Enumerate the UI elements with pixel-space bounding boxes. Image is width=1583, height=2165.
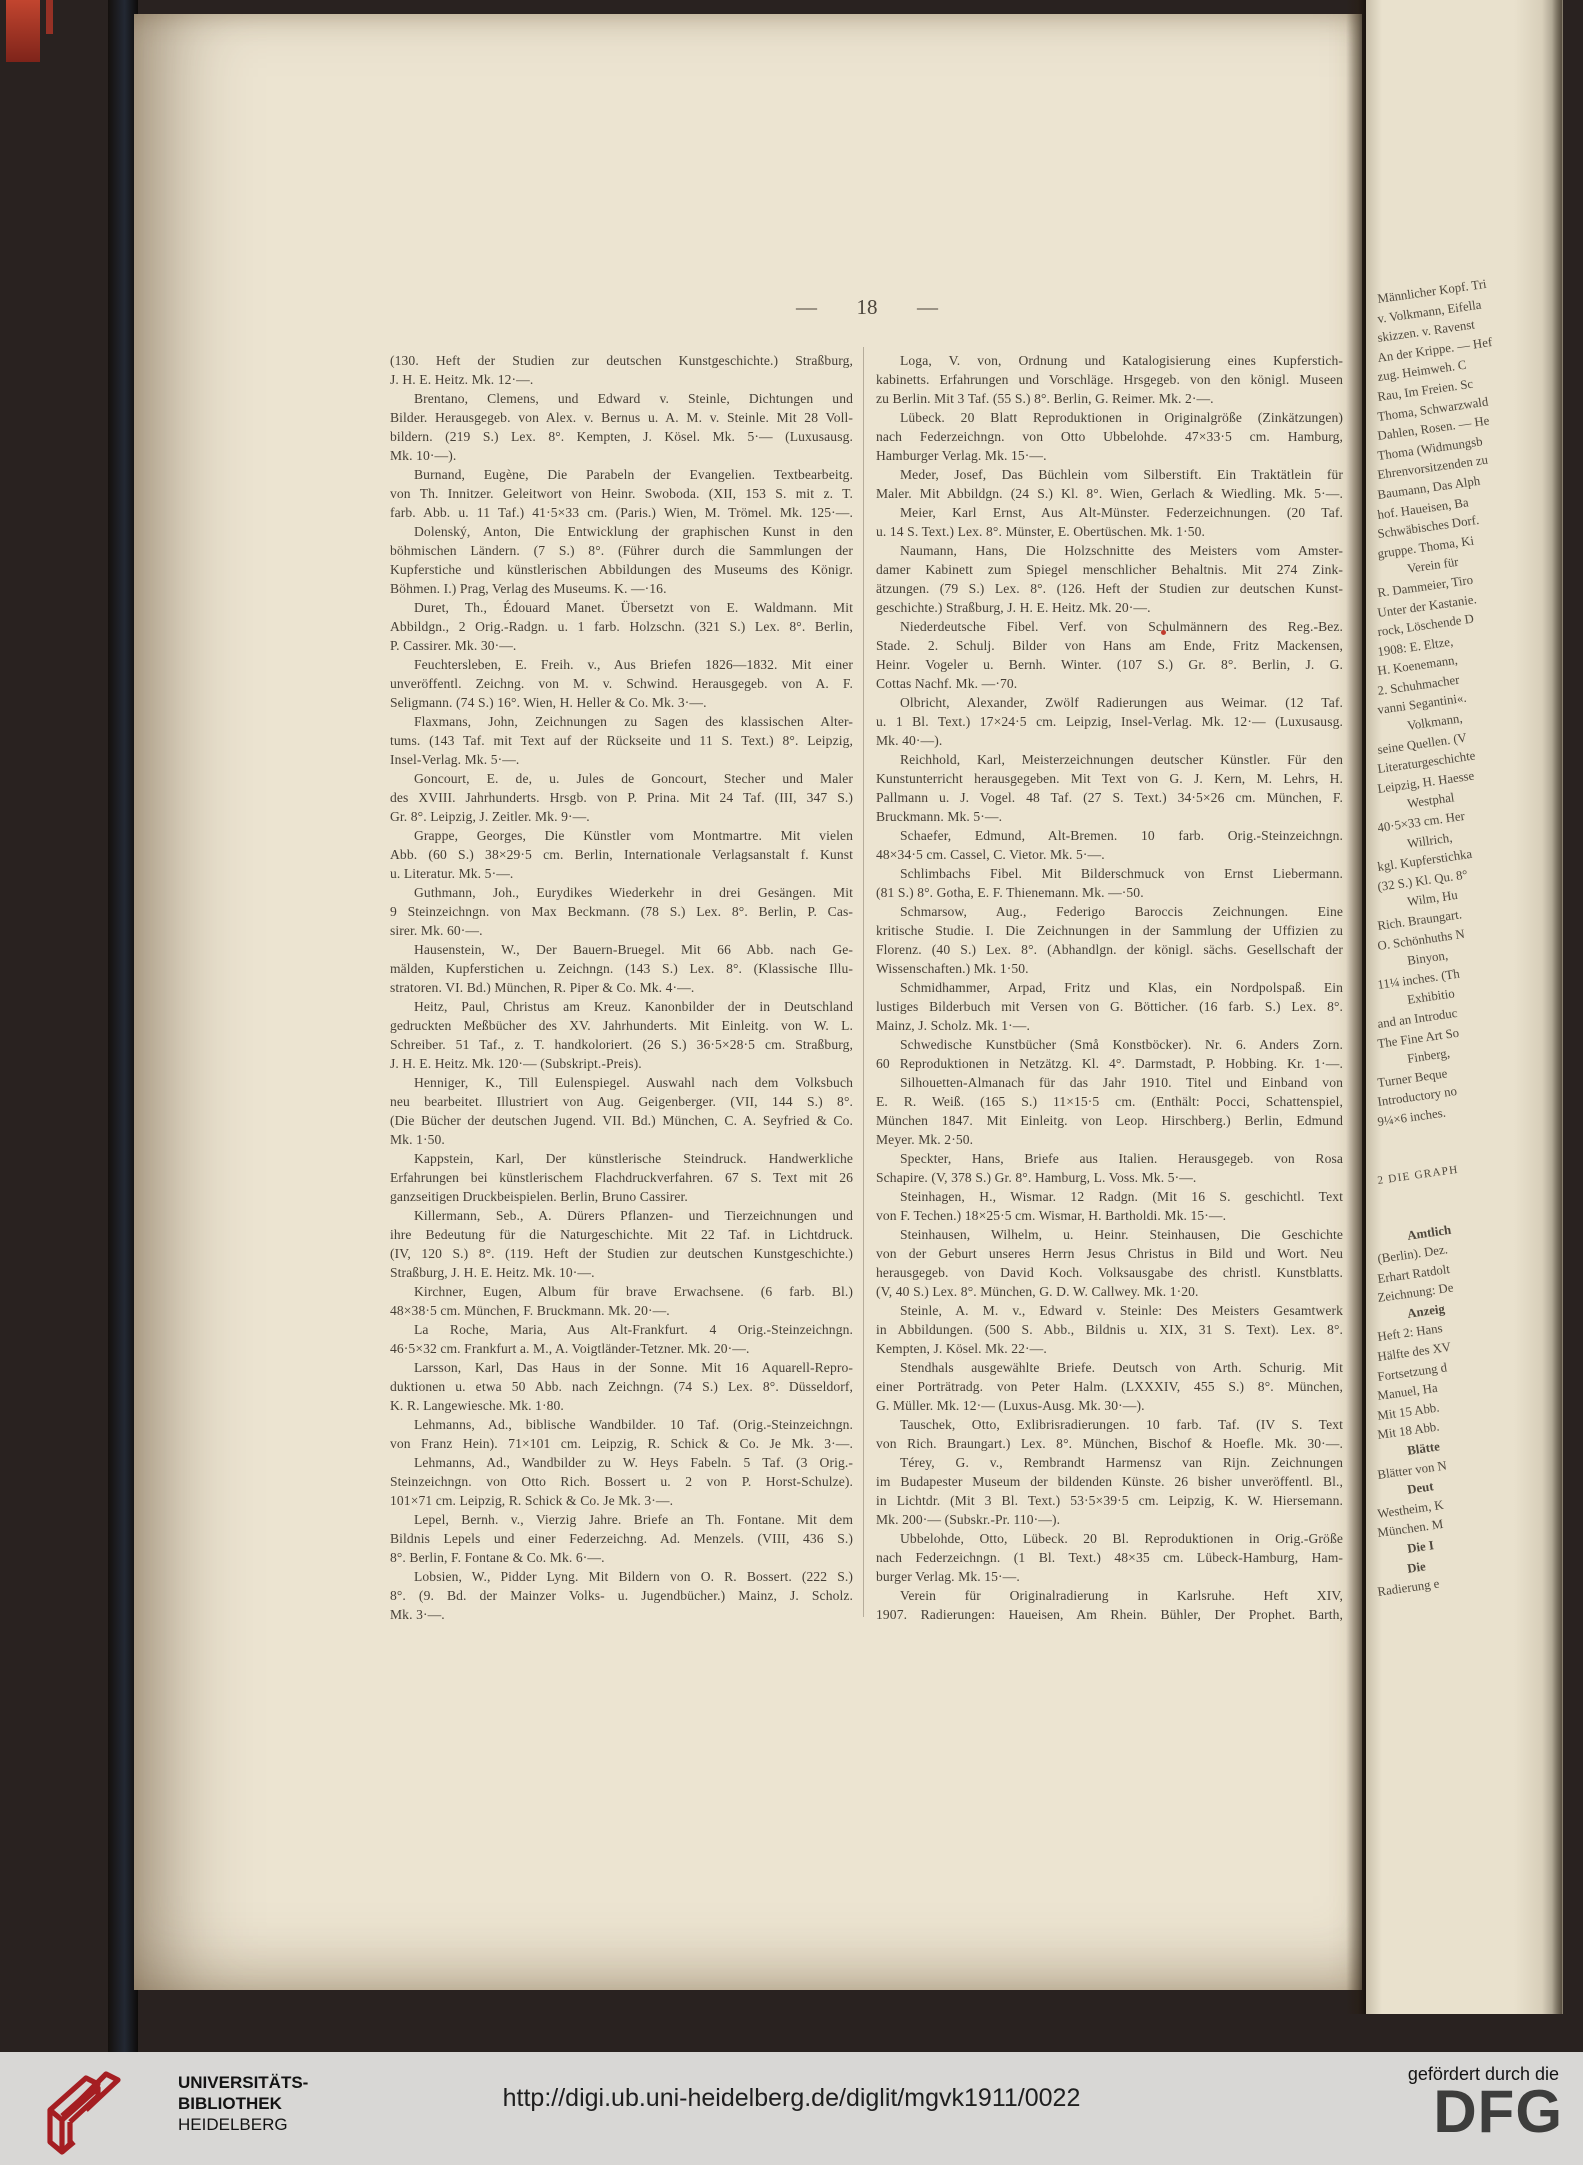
text-line: Heinr. Vogeler u. Bernh. Winter. (107 S.… [876, 655, 1343, 674]
text-line: Straßburg, J. H. E. Heitz. Mk. 10·—. [390, 1263, 853, 1282]
text-line: Bruckmann. Mk. 5·—. [876, 807, 1343, 826]
text-line: Goncourt, E. de, u. Jules de Goncourt, S… [390, 769, 853, 788]
text-line: Schaefer, Edmund, Alt-Bremen. 10 farb. O… [876, 826, 1343, 845]
text-line: 48×34·5 cm. Cassel, C. Vietor. Mk. 5·—. [876, 845, 1343, 864]
text-line: Larsson, Karl, Das Haus in der Sonne. Mi… [390, 1358, 853, 1377]
text-line: nach Federzeichngn. (1 Bl. Text.) 48×35 … [876, 1548, 1343, 1567]
text-line: Bilder. Herausgegeb. von Alex. v. Bernus… [390, 408, 853, 427]
left-column: (130. Heft der Studien zur deutschen Kun… [390, 351, 853, 1624]
text-line: Loga, V. von, Ordnung und Katalogisierun… [876, 351, 1343, 370]
text-line: Heitz, Paul, Christus am Kreuz. Kanonbil… [390, 997, 853, 1016]
text-line: ätzungen. (79 S.) Lex. 8°. (126. Heft de… [876, 579, 1343, 598]
text-line: Dolenský, Anton, Die Entwicklung der gra… [390, 522, 853, 541]
text-line: Florenz. (40 S.) Lex. 8°. (Abhandlgn. de… [876, 940, 1343, 959]
text-line: Burnand, Eugène, Die Parabeln der Evange… [390, 465, 853, 484]
text-line: Lobsien, W., Pidder Lyng. Mit Bildern vo… [390, 1567, 853, 1586]
text-line: Lübeck. 20 Blatt Reproduktionen in Origi… [876, 408, 1343, 427]
text-line: Kappstein, Karl, Der künstlerische Stein… [390, 1149, 853, 1168]
text-line: duktionen u. etwa 50 Abb. nach Zeichngn.… [390, 1377, 853, 1396]
text-line: Guthmann, Joh., Eurydikes Wiederkehr in … [390, 883, 853, 902]
text-line: unveröffentl. Zeichng. von M. v. Schwind… [390, 674, 853, 693]
fore-edge-shade [1552, 0, 1562, 2014]
text-line: Tauschek, Otto, Exlibrisradierungen. 10 … [876, 1415, 1343, 1434]
text-line: Steinle, A. M. v., Edward v. Steinle: De… [876, 1301, 1343, 1320]
text-line: München 1847. Mit Einleitg. von Leop. Hi… [876, 1111, 1343, 1130]
text-line: zu Berlin. Mit 3 Taf. (55 S.) 8°. Berlin… [876, 389, 1343, 408]
text-line: burger Verlag. Mk. 15·—. [876, 1567, 1343, 1586]
text-line: des XVIII. Jahrhunderts. Hrsgb. von P. P… [390, 788, 853, 807]
text-line: E. R. Weiß. (165 S.) 11×15·5 cm. (Enthäl… [876, 1092, 1343, 1111]
text-line: ganzseitigen Druckbeispielen. Berlin, Br… [390, 1187, 853, 1206]
right-column: Loga, V. von, Ordnung und Katalogisierun… [876, 351, 1343, 1624]
red-book-edge-mark-small [46, 0, 53, 34]
text-line: Olbricht, Alexander, Zwölf Radierungen a… [876, 693, 1343, 712]
text-line: sirer. Mk. 60·—. [390, 921, 853, 940]
text-line: Meyer. Mk. 2·50. [876, 1130, 1343, 1149]
column-divider-rule [863, 347, 864, 1617]
text-line: Böhmen. I.) Prag, Verlag des Museums. K.… [390, 579, 853, 598]
text-line: Wissenschaften.) Mk. 1·50. [876, 959, 1343, 978]
text-line: Mk. 200·— (Subskr.-Pr. 110·—). [876, 1510, 1343, 1529]
text-line: farb. Abb. u. 11 Taf.) 41·5×33 cm. (Pari… [390, 503, 853, 522]
page-crease-shadow [1346, 0, 1368, 2014]
text-line: Silhouetten-Almanach für das Jahr 1910. … [876, 1073, 1343, 1092]
text-line: Lehmanns, Ad., Wandbilder zu W. Heys Fab… [390, 1453, 853, 1472]
text-line: Naumann, Hans, Die Holzschnitte des Meis… [876, 541, 1343, 560]
text-line: Pallmann u. J. Vogel. 48 Taf. (27 S. Tex… [876, 788, 1343, 807]
text-line: Mk. 1·50. [390, 1130, 853, 1149]
text-line: ihre Bedeutung für die Naturgeschichte. … [390, 1225, 853, 1244]
text-line: in Abbildungen. (500 S. Abb., Bildnis u.… [876, 1320, 1343, 1339]
text-line: (130. Heft der Studien zur deutschen Kun… [390, 351, 853, 370]
text-line: 8°. (9. Bd. der Mainzer Volks- u. Jugend… [390, 1586, 853, 1605]
text-line: Schreiber. 51 Taf., z. T. handkoloriert.… [390, 1035, 853, 1054]
text-line: K. R. Langewiesche. Mk. 1·80. [390, 1396, 853, 1415]
text-line: im Budapester Museum der bildenden Künst… [876, 1472, 1343, 1491]
text-line: Steinhagen, H., Wismar. 12 Radgn. (Mit 1… [876, 1187, 1343, 1206]
text-line: Abbildgn., 2 Orig.-Radgn. u. 1 farb. Hol… [390, 617, 853, 636]
text-line: Mk. 3·—. [390, 1605, 853, 1624]
header-dash-left: — [796, 295, 817, 320]
text-line: u. Literatur. Mk. 5·—. [390, 864, 853, 883]
text-line: von der Geburt unseres Herrn Jesus Chris… [876, 1244, 1343, 1263]
text-line: (IV, 120 S.) 8°. (119. Heft der Studien … [390, 1244, 853, 1263]
text-line: (V, 40 S.) Lex. 8°. München, G. D. W. Ca… [876, 1282, 1343, 1301]
text-line: Stendhals ausgewählte Briefe. Deutsch vo… [876, 1358, 1343, 1377]
text-line: Abb. (60 S.) 38×29·5 cm. Berlin, Interna… [390, 845, 853, 864]
text-line: Térey, G. v., Rembrandt Harmensz van Rij… [876, 1453, 1343, 1472]
text-line: Lepel, Bernh. v., Vierzig Jahre. Briefe … [390, 1510, 853, 1529]
text-line: G. Müller. Mk. 12·— (Luxus-Ausg. Mk. 30·… [876, 1396, 1343, 1415]
text-line: J. H. E. Heitz. Mk. 120·— (Subskript.-Pr… [390, 1054, 853, 1073]
page-header: — 18 — [796, 295, 938, 320]
text-line: Mk. 10·—). [390, 446, 853, 465]
text-line: Meier, Karl Ernst, Aus Alt-Münster. Fede… [876, 503, 1343, 522]
red-ink-speck [1161, 630, 1166, 635]
text-line: Duret, Th., Édouard Manet. Übersetzt von… [390, 598, 853, 617]
text-line: Steinzeichngn. von Otto Rich. Bossert u.… [390, 1472, 853, 1491]
text-line: Killermann, Seb., A. Dürers Pflanzen- un… [390, 1206, 853, 1225]
header-dash-right: — [917, 295, 938, 320]
text-line: kritische Studie. I. Die Zeichnungen in … [876, 921, 1343, 940]
text-line: Schapire. (V, 378 S.) Gr. 8°. Hamburg, L… [876, 1168, 1343, 1187]
text-line: stratoren. VI. Bd.) München, R. Piper & … [390, 978, 853, 997]
text-line: Brentano, Clemens, und Edward v. Steinle… [390, 389, 853, 408]
text-line: Hausenstein, W., Der Bauern-Bruegel. Mit… [390, 940, 853, 959]
scanned-book-page: { "colors":{"scan_bg":"#292220","page_bg… [0, 0, 1583, 2165]
text-line: Henniger, K., Till Eulenspiegel. Auswahl… [390, 1073, 853, 1092]
text-line: J. H. E. Heitz. Mk. 12·—. [390, 370, 853, 389]
text-line: gedruckten Meßbücher des XV. Jahrhundert… [390, 1016, 853, 1035]
text-line: La Roche, Maria, Aus Alt-Frankfurt. 4 Or… [390, 1320, 853, 1339]
text-line: 8°. Berlin, F. Fontane & Co. Mk. 6·—. [390, 1548, 853, 1567]
text-line: Kupferstiche und künstlerischen Abbildun… [390, 560, 853, 579]
text-line: (Die Bücher der deutschen Jugend. VII. B… [390, 1111, 853, 1130]
text-line: Ubbelohde, Otto, Lübeck. 20 Bl. Reproduk… [876, 1529, 1343, 1548]
text-line: u. 1 Bl. Text.) 17×24·5 cm. Leipzig, Ins… [876, 712, 1343, 731]
text-line: 9 Steinzeichngn. von Max Beckmann. (78 S… [390, 902, 853, 921]
text-line: kabinetts. Erfahrungen und Vorschläge. H… [876, 370, 1343, 389]
digitization-url: http://digi.ub.uni-heidelberg.de/diglit/… [0, 2084, 1583, 2113]
text-line: mälden, Kupferstichen u. Zeichngn. (143 … [390, 959, 853, 978]
text-line: Insel-Verlag. Mk. 5·—. [390, 750, 853, 769]
text-line: von F. Techen.) 18×25·5 cm. Wismar, H. B… [876, 1206, 1343, 1225]
text-line: Feuchtersleben, E. Freih. v., Aus Briefe… [390, 655, 853, 674]
next-page-fore-edge: Männlicher Kopf. Triv. Volkmann, Eifella… [1366, 0, 1563, 2014]
text-line: Gr. 8°. Leipzig, J. Zeitler. Mk. 9·—. [390, 807, 853, 826]
next-page-partial-text: Männlicher Kopf. Triv. Volkmann, Eifella… [1378, 290, 1563, 1603]
text-line: Kirchner, Eugen, Album für brave Erwachs… [390, 1282, 853, 1301]
text-line: von Franz Hein). 71×101 cm. Leipzig, R. … [390, 1434, 853, 1453]
text-line: nach Federzeichngn. von Otto Ubbelohde. … [876, 427, 1343, 446]
text-line: Seligmann. (74 S.) 16°. Wien, H. Heller … [390, 693, 853, 712]
page-number: 18 [857, 295, 878, 320]
text-line: Meder, Josef, Das Büchlein vom Silbersti… [876, 465, 1343, 484]
digitization-footer-bar: UNIVERSITÄTS- BIBLIOTHEK HEIDELBERG http… [0, 2052, 1583, 2165]
text-line: P. Cassirer. Mk. 30·—. [390, 636, 853, 655]
text-line: tums. (143 Taf. mit Text auf der Rücksei… [390, 731, 853, 750]
red-book-edge-mark [6, 0, 40, 62]
text-line: böhmischen Ländern. (7 S.) 8°. (Führer d… [390, 541, 853, 560]
text-line: Stade. 2. Schulj. Bilder von Hans am End… [876, 636, 1343, 655]
text-line: von Rich. Braungart.) Lex. 8°. München, … [876, 1434, 1343, 1453]
text-line: 1907. Radierungen: Haueisen, Am Rhein. B… [876, 1605, 1343, 1624]
text-line: Kunstunterricht herausgegeben. Mit Text … [876, 769, 1343, 788]
text-line: Schmidhammer, Arpad, Fritz und Klas, ein… [876, 978, 1343, 997]
text-line: Maler. Mit Abbildgn. (24 S.) Kl. 8°. Wie… [876, 484, 1343, 503]
text-line: 46·5×32 cm. Frankfurt a. M., A. Voigtlän… [390, 1339, 853, 1358]
text-line: 48×38·5 cm. München, F. Bruckmann. Mk. 2… [390, 1301, 853, 1320]
dfg-logo: DFG [1433, 2082, 1563, 2142]
text-line: in Lichtdr. (Mit 3 Bl. Text.) 53·5×39·5 … [876, 1491, 1343, 1510]
text-line: Reichhold, Karl, Meisterzeichnungen deut… [876, 750, 1343, 769]
text-line: von Th. Innitzer. Geleitwort von Heinr. … [390, 484, 853, 503]
text-line: Bildnis Lepels und einer Federzeichng. A… [390, 1529, 853, 1548]
text-line: Hamburger Verlag. Mk. 15·—. [876, 446, 1343, 465]
text-line: Steinhausen, Wilhelm, u. Heinr. Steinhau… [876, 1225, 1343, 1244]
text-line: Mainz, J. Scholz. Mk. 1·—. [876, 1016, 1343, 1035]
text-line: Flaxmans, John, Zeichnungen zu Sagen des… [390, 712, 853, 731]
text-line: Schmarsow, Aug., Federigo Baroccis Zeich… [876, 902, 1343, 921]
text-line: Schwedische Kunstbücher (Små Konstböcker… [876, 1035, 1343, 1054]
text-line: Mk. 40·—). [876, 731, 1343, 750]
text-line: einer Porträtradg. von Peter Halm. (LXXX… [876, 1377, 1343, 1396]
text-line: bildern. (219 S.) Lex. 8°. Kempten, J. K… [390, 427, 853, 446]
text-line: Lehmanns, Ad., biblische Wandbilder. 10 … [390, 1415, 853, 1434]
text-line: Verein für Originalradierung in Karlsruh… [876, 1586, 1343, 1605]
text-line: damer Kabinett zum Spiegel menschlicher … [876, 560, 1343, 579]
text-line: Kempten, J. Kösel. Mk. 22·—. [876, 1339, 1343, 1358]
text-line: 101×71 cm. Leipzig, R. Schick & Co. Je M… [390, 1491, 853, 1510]
text-line: Grappe, Georges, Die Künstler vom Montma… [390, 826, 853, 845]
text-line: u. 14 S. Text.) Lex. 8°. Münster, E. Obe… [876, 522, 1343, 541]
text-line: Cottas Nachf. Mk. —·70. [876, 674, 1343, 693]
text-line: 60 Reproduktionen in Netzätzg. Kl. 4°. D… [876, 1054, 1343, 1073]
text-line: herausgegeb. von David Koch. Volksausgab… [876, 1263, 1343, 1282]
text-line: lustiges Bilderbuch mit Versen von G. Bö… [876, 997, 1343, 1016]
text-line: Speckter, Hans, Briefe aus Italien. Hera… [876, 1149, 1343, 1168]
text-line: Schlimbachs Fibel. Mit Bilderschmuck von… [876, 864, 1343, 883]
text-line: neu bearbeitet. Illustriert von Aug. Gei… [390, 1092, 853, 1111]
library-name-line3: HEIDELBERG [178, 2114, 308, 2135]
text-line: Erfahrungen bei künstlerischem Flachdruc… [390, 1168, 853, 1187]
text-line: (81 S.) 8°. Gotha, E. F. Thienemann. Mk.… [876, 883, 1343, 902]
text-line: Niederdeutsche Fibel. Verf. von Schulmän… [876, 617, 1343, 636]
text-line: geschichte.) Straßburg, J. H. E. Heitz. … [876, 598, 1343, 617]
